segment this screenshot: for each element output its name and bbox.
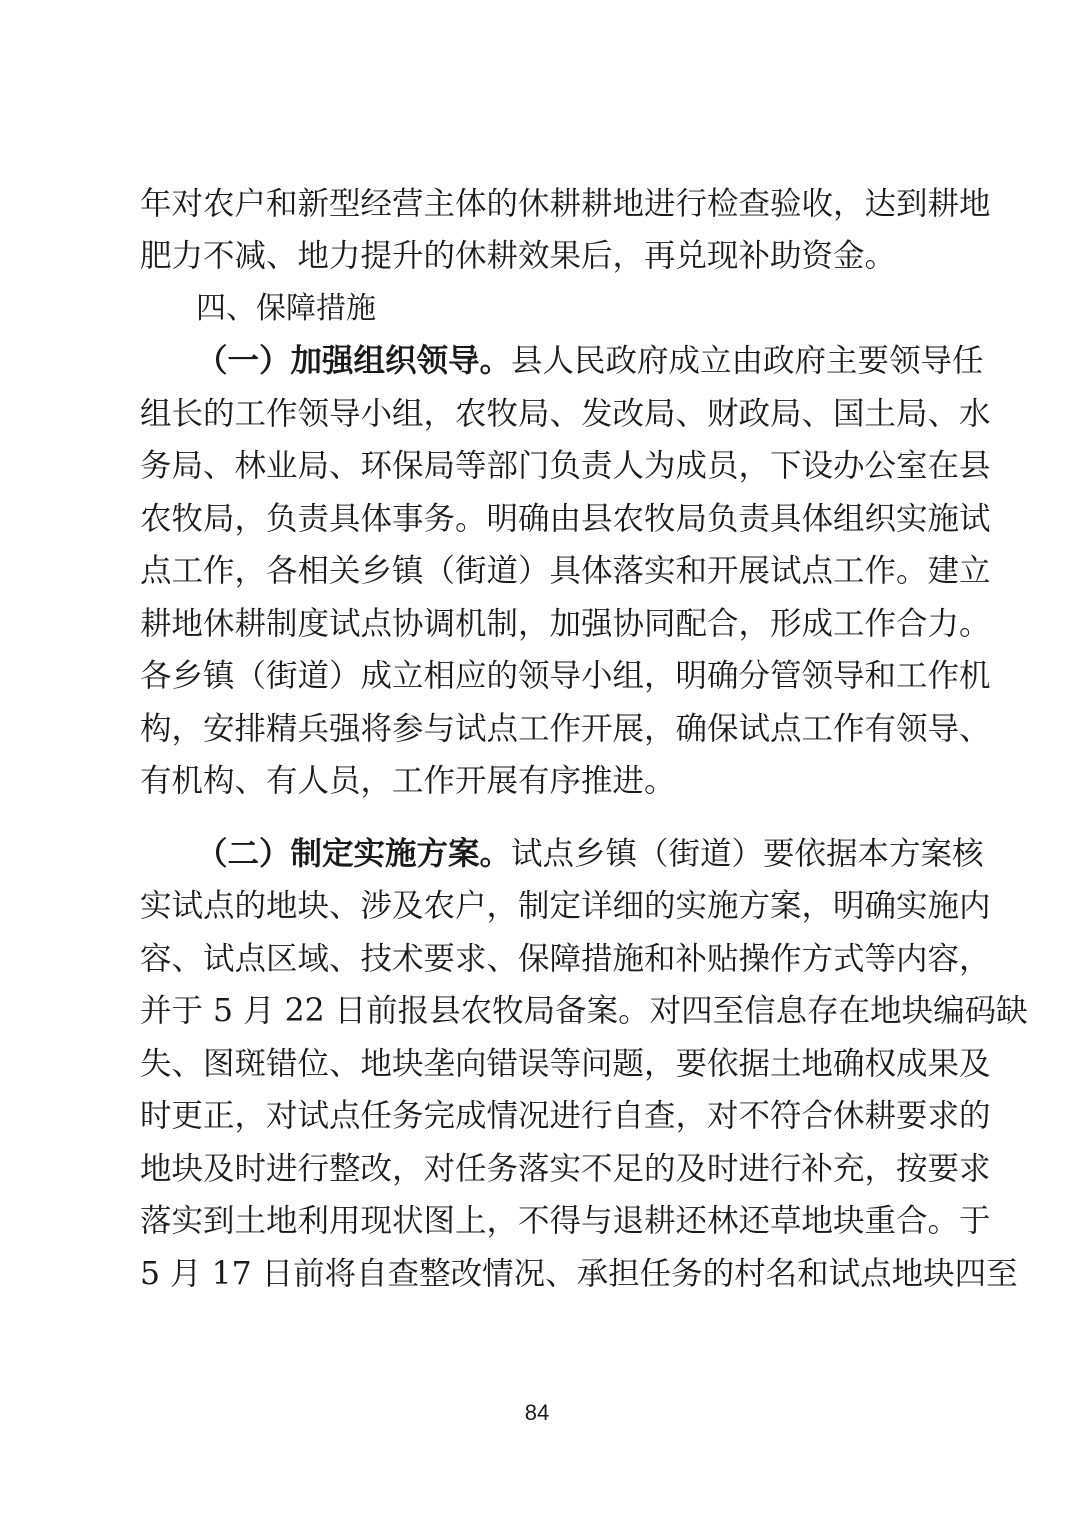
body-line: 各乡镇（街道）成立相应的领导小组，明确分管领导和工作机 — [140, 656, 936, 696]
body-line: 实试点的地块、涉及农户，制定详细的实施方案，明确实施内 — [140, 886, 936, 926]
body-line: 落实到土地利用现状图上，不得与退耕还林还草地块重合。于 — [140, 1201, 936, 1241]
body-line: 5 月 17 日前将自查整改情况、承担任务的村名和试点地块四至 — [140, 1254, 936, 1294]
subsection-first-line: （二）制定实施方案。试点乡镇（街道）要依据本方案核 — [196, 834, 936, 874]
body-line: 耕地休耕制度试点协调机制，加强协同配合，形成工作合力。 — [140, 604, 936, 644]
body-line: 肥力不减、地力提升的休耕效果后，再兑现补助资金。 — [140, 236, 936, 276]
body-line: 年对农户和新型经营主体的休耕耕地进行检查验收，达到耕地 — [140, 184, 936, 224]
body-line: 并于 5 月 22 日前报县农牧局备案。对四至信息存在地块编码缺 — [140, 991, 936, 1031]
body-line: 失、图斑错位、地块垄向错误等问题，要依据土地确权成果及 — [140, 1044, 936, 1084]
body-line: 容、试点区域、技术要求、保障措施和补贴操作方式等内容， — [140, 939, 936, 979]
subsection-title: （一）加强组织领导。 — [196, 343, 511, 379]
section-heading: 四、保障措施 — [196, 289, 376, 329]
body-line: 地块及时进行整改，对任务落实不足的及时进行补充，按要求 — [140, 1149, 936, 1189]
body-text: 试点乡镇（街道）要依据本方案核 — [511, 836, 984, 872]
document-page: 年对农户和新型经营主体的休耕耕地进行检查验收，达到耕地 肥力不减、地力提升的休耕… — [0, 0, 1074, 1520]
body-line: 务局、林业局、环保局等部门负责人为成员，下设办公室在县 — [140, 446, 936, 486]
body-line: 构，安排精兵强将参与试点工作开展，确保试点工作有领导、 — [140, 709, 936, 749]
body-line: 农牧局，负责具体事务。明确由县农牧局负责具体组织实施试 — [140, 499, 936, 539]
body-line: 时更正，对试点任务完成情况进行自查，对不符合休耕要求的 — [140, 1096, 936, 1136]
body-line: 组长的工作领导小组，农牧局、发改局、财政局、国土局、水 — [140, 394, 936, 434]
subsection-first-line: （一）加强组织领导。县人民政府成立由政府主要领导任 — [196, 341, 936, 381]
body-line: 点工作，各相关乡镇（街道）具体落实和开展试点工作。建立 — [140, 551, 936, 591]
page-number: 84 — [0, 1400, 1074, 1426]
body-line: 有机构、有人员，工作开展有序推进。 — [140, 761, 936, 801]
subsection-title: （二）制定实施方案。 — [196, 836, 511, 872]
body-text: 县人民政府成立由政府主要领导任 — [511, 343, 984, 379]
